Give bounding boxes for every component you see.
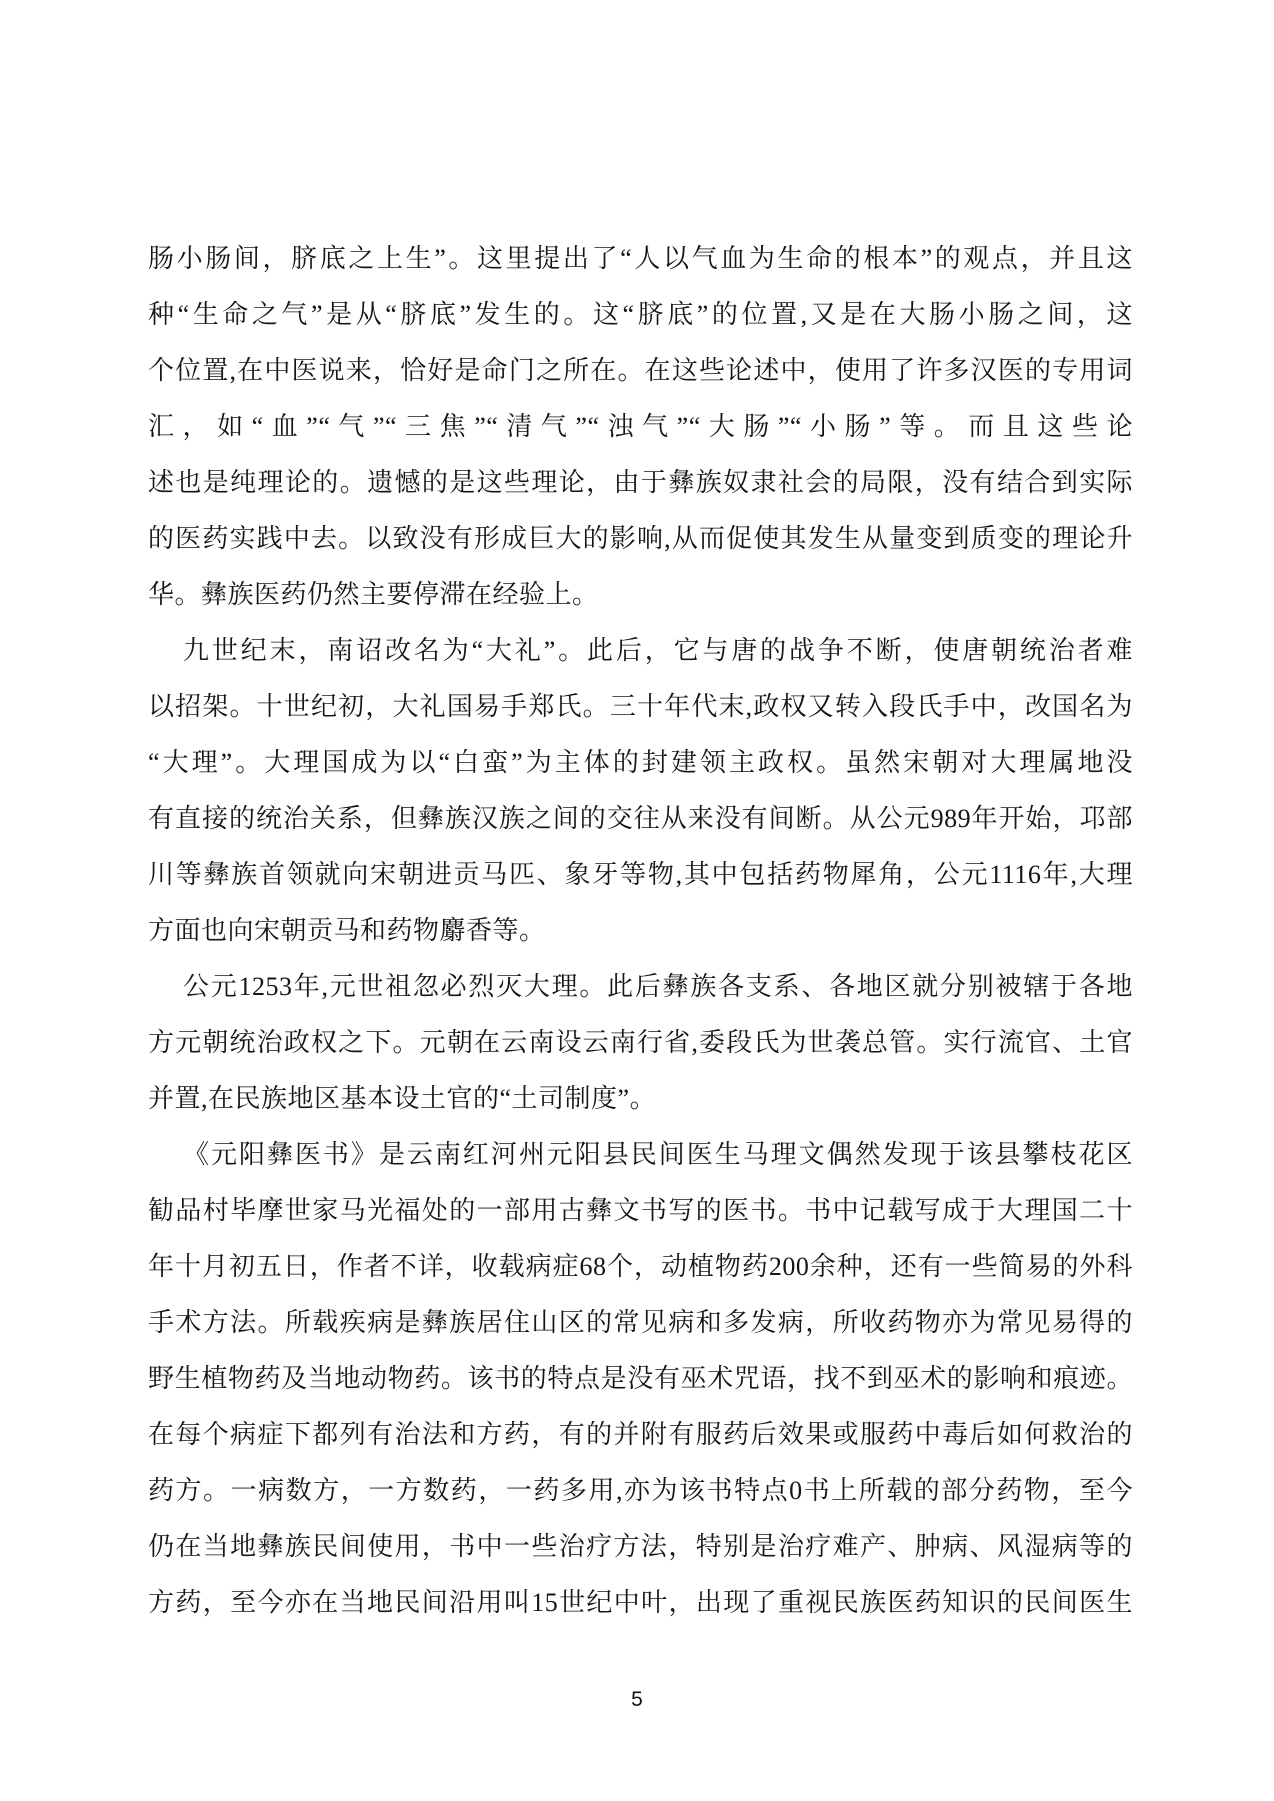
text-line: 年十月初五日，作者不详，收载病症68个，动植物药200余种，还有一些简易的外科 xyxy=(148,1239,1133,1295)
text-block: 肠小肠间，脐底之上生”。这里提出了“人以气血为生命的根本”的观点，并且这 种“生… xyxy=(148,231,1133,1631)
text-line: “大理”。大理国成为以“白蛮”为主体的封建领主政权。虽然宋朝对大理属地没 xyxy=(148,735,1133,791)
text-line: 方药，至今亦在当地民间沿用叫15世纪中叶，出现了重视民族医药知识的民间医生 xyxy=(148,1575,1133,1631)
text-line: 有直接的统治关系，但彝族汉族之间的交往从来没有间断。从公元989年开始，邛部 xyxy=(148,791,1133,847)
text-line: 个位置,在中医说来，恰好是命门之所在。在这些论述中，使用了许多汉医的专用词 xyxy=(148,343,1133,399)
paragraph-1: 肠小肠间，脐底之上生”。这里提出了“人以气血为生命的根本”的观点，并且这 种“生… xyxy=(148,231,1133,623)
text-line: 汇，如“血”“气”“三焦”“清气”“浊气”“大肠”“小肠”等。而且这些论 xyxy=(148,399,1133,455)
text-line: 肠小肠间，脐底之上生”。这里提出了“人以气血为生命的根本”的观点，并且这 xyxy=(148,231,1133,287)
text-line: 公元1253年,元世祖忽必烈灭大理。此后彝族各支系、各地区就分别被辖于各地 xyxy=(148,959,1133,1015)
text-line: 种“生命之气”是从“脐底”发生的。这“脐底”的位置,又是在大肠小肠之间，这 xyxy=(148,287,1133,343)
text-line: 以招架。十世纪初，大礼国易手郑氏。三十年代末,政权又转入段氏手中，改国名为 xyxy=(148,679,1133,735)
text-line: 九世纪末，南诏改名为“大礼”。此后，它与唐的战争不断，使唐朝统治者难 xyxy=(148,623,1133,679)
text-line: 方元朝统治政权之下。元朝在云南设云南行省,委段氏为世袭总管。实行流官、土官 xyxy=(148,1015,1133,1071)
paragraph-3: 公元1253年,元世祖忽必烈灭大理。此后彝族各支系、各地区就分别被辖于各地 方元… xyxy=(148,959,1133,1127)
text-line: 并置,在民族地区基本设土官的“土司制度”。 xyxy=(148,1071,1133,1127)
text-line: 在每个病症下都列有治法和方药，有的并附有服药后效果或服药中毒后如何救治的 xyxy=(148,1407,1133,1463)
document-page: 肠小肠间，脐底之上生”。这里提出了“人以气血为生命的根本”的观点，并且这 种“生… xyxy=(0,0,1274,1801)
text-line: 仍在当地彝族民间使用，书中一些治疗方法，特别是治疗难产、肿病、风湿病等的 xyxy=(148,1519,1133,1575)
text-line: 的医药实践中去。以致没有形成巨大的影响,从而促使其发生从量变到质变的理论升 xyxy=(148,511,1133,567)
text-line: 药方。一病数方，一方数药，一药多用,亦为该书特点0书上所载的部分药物，至今 xyxy=(148,1463,1133,1519)
paragraph-4: 《元阳彝医书》是云南红河州元阳县民间医生马理文偶然发现于该县攀枝花区 勧品村毕摩… xyxy=(148,1127,1133,1631)
text-line: 手术方法。所载疾病是彝族居住山区的常见病和多发病，所收药物亦为常见易得的 xyxy=(148,1295,1133,1351)
text-line: 述也是纯理论的。遗憾的是这些理论，由于彝族奴隶社会的局限，没有结合到实际 xyxy=(148,455,1133,511)
text-line: 华。彝族医药仍然主要停滞在经验上。 xyxy=(148,567,1133,623)
text-line: 方面也向宋朝贡马和药物麝香等。 xyxy=(148,903,1133,959)
page-number: 5 xyxy=(0,1688,1274,1712)
paragraph-2: 九世纪末，南诏改名为“大礼”。此后，它与唐的战争不断，使唐朝统治者难 以招架。十… xyxy=(148,623,1133,959)
text-line: 野生植物药及当地动物药。该书的特点是没有巫术咒语，找不到巫术的影响和痕迹。 xyxy=(148,1351,1133,1407)
text-line: 《元阳彝医书》是云南红河州元阳县民间医生马理文偶然发现于该县攀枝花区 xyxy=(148,1127,1133,1183)
text-line: 勧品村毕摩世家马光福处的一部用古彝文书写的医书。书中记载写成于大理国二十 xyxy=(148,1183,1133,1239)
text-line: 川等彝族首领就向宋朝进贡马匹、象牙等物,其中包括药物犀角，公元1116年,大理 xyxy=(148,847,1133,903)
